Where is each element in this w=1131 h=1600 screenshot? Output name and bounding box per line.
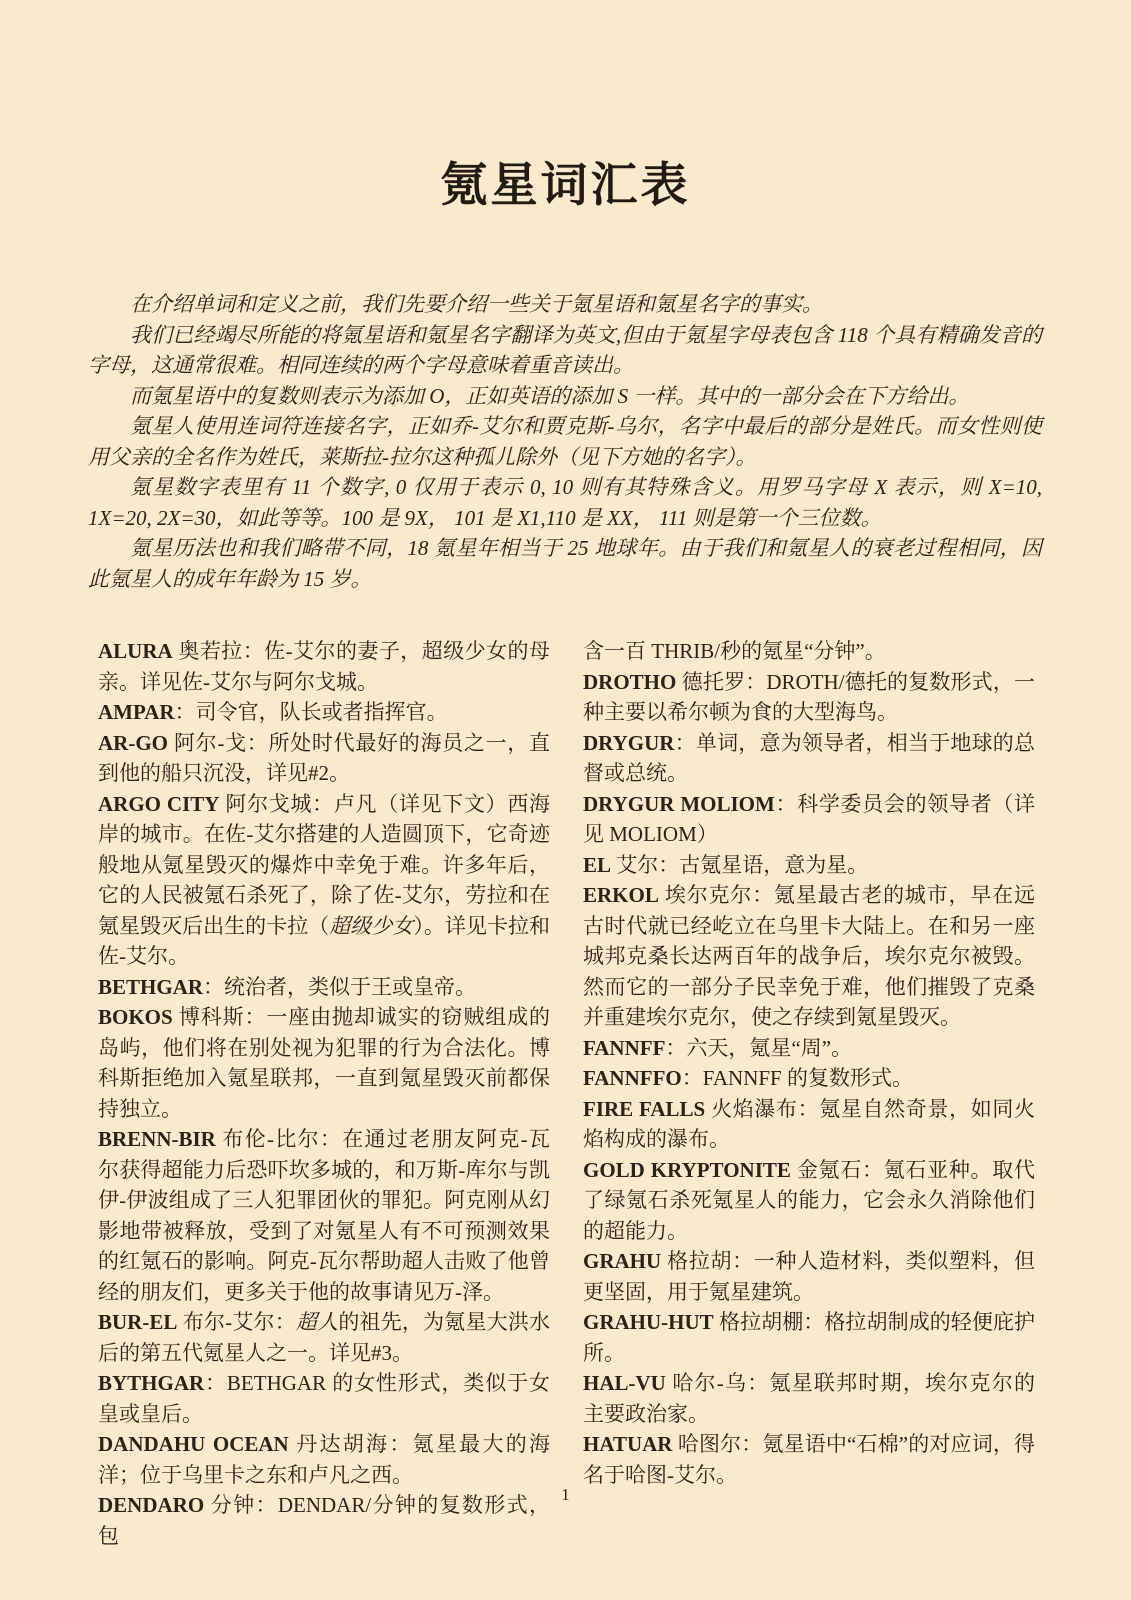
intro-section: 在介绍单词和定义之前，我们先要介绍一些关于氪星语和氪星名字的事实。我们已经竭尽所… [88,289,1042,594]
glossary-entry: BETHGAR：统治者，类似于王或皇帝。 [98,972,550,1003]
definition-text: ：FANNFF 的复数形式。 [682,1066,913,1090]
glossary-term: ARGO CITY [98,792,219,816]
glossary-column-left: ALURA 奥若拉：佐-艾尔的妻子，超级少女的母亲。详见佐-艾尔与阿尔戈城。AM… [98,636,550,1551]
glossary-term: BETHGAR [98,975,203,999]
definition-text: 布尔-艾尔： [177,1310,296,1334]
glossary-entry: DROTHO 德托罗：DROTH/德托的复数形式，一种主要以希尔顿为食的大型海鸟… [583,667,1035,728]
definition-text: ：统治者，类似于王或皇帝。 [203,975,476,999]
definition-text: 含一百 THRIB/秒的氪星“分钟”。 [583,639,886,663]
glossary-term: FANNFFO [583,1066,682,1090]
glossary-entry: FANNFFO：FANNFF 的复数形式。 [583,1063,1035,1094]
glossary-term: FANNFF [583,1036,665,1060]
glossary-entry: DANDAHU OCEAN 丹达胡海：氪星最大的海洋；位于乌里卡之东和卢凡之西。 [98,1429,550,1490]
glossary-term: GRAHU-HUT [583,1310,714,1334]
definition-text: 艾尔：古氪星语，意为星。 [611,853,868,877]
glossary-entry: ERKOL 埃尔克尔：氪星最古老的城市，早在远古时代就已经屹立在乌里卡大陆上。在… [583,880,1035,1033]
glossary-entry: FIRE FALLS 火焰瀑布：氪星自然奇景，如同火焰构成的瀑布。 [583,1094,1035,1155]
glossary-term: BOKOS [98,1005,173,1029]
page-footer: 1 [0,1485,1131,1505]
glossary-section: ALURA 奥若拉：佐-艾尔的妻子，超级少女的母亲。详见佐-艾尔与阿尔戈城。AM… [98,636,1035,1551]
glossary-term: DANDAHU OCEAN [98,1432,289,1456]
glossary-term: AR-GO [98,731,168,755]
glossary-term: DROTHO [583,670,676,694]
glossary-term: ALURA [98,639,173,663]
intro-paragraph-1: 在介绍单词和定义之前，我们先要介绍一些关于氪星语和氪星名字的事实。 [88,289,1042,320]
glossary-entry: AR-GO 阿尔-戈：所处时代最好的海员之一，直到他的船只沉没，详见#2。 [98,728,550,789]
glossary-term: DRYGUR [583,731,674,755]
definition-text: ：司令官，队长或者指挥官。 [175,700,448,724]
intro-paragraph-5: 氪星数字表里有 11 个数字, 0 仅用于表示 0, 10 则有其特殊含义。用罗… [88,472,1042,533]
glossary-entry: BYTHGAR：BETHGAR 的女性形式，类似于女皇或皇后。 [98,1368,550,1429]
intro-paragraph-2: 我们已经竭尽所能的将氪星语和氪星名字翻译为英文,但由于氪星字母表包含 118 个… [88,320,1042,381]
glossary-page: 氪星词汇表 在介绍单词和定义之前，我们先要介绍一些关于氪星语和氪星名字的事实。我… [0,0,1131,1600]
glossary-term: ERKOL [583,883,659,907]
glossary-term: HAL-VU [583,1371,666,1395]
glossary-entry: GRAHU 格拉胡：一种人造材料，类似塑料，但更坚固，用于氪星建筑。 [583,1246,1035,1307]
glossary-entry: FANNFF：六天，氪星“周”。 [583,1033,1035,1064]
glossary-term: FIRE FALLS [583,1097,705,1121]
intro-paragraph-4: 氪星人使用连词符连接名字，正如乔-艾尔和贾克斯-乌尔，名字中最后的部分是姓氏。而… [88,411,1042,472]
glossary-entry: BOKOS 博科斯：一座由抛却诚实的窃贼组成的岛屿，他们将在别处视为犯罪的行为合… [98,1002,550,1124]
glossary-term: HATUAR [583,1432,672,1456]
glossary-term: BYTHGAR [98,1371,204,1395]
glossary-entry: AMPAR：司令官，队长或者指挥官。 [98,697,550,728]
glossary-column-right: 含一百 THRIB/秒的氪星“分钟”。DROTHO 德托罗：DROTH/德托的复… [583,636,1035,1551]
glossary-entry: DRYGUR：单词，意为领导者，相当于地球的总督或总统。 [583,728,1035,789]
glossary-entry: 含一百 THRIB/秒的氪星“分钟”。 [583,636,1035,667]
glossary-entry: GOLD KRYPTONITE 金氪石：氪石亚种。取代了绿氪石杀死氪星人的能力，… [583,1155,1035,1247]
definition-text: ：六天，氪星“周”。 [665,1036,852,1060]
glossary-term: GRAHU [583,1249,661,1273]
glossary-term: EL [583,853,611,877]
glossary-entry: DRYGUR MOLIOM：科学委员会的领导者（详见 MOLIOM） [583,789,1035,850]
glossary-term: GOLD KRYPTONITE [583,1158,791,1182]
glossary-term: BRENN-BIR [98,1127,216,1151]
glossary-term: BUR-EL [98,1310,177,1334]
page-number: 1 [561,1485,570,1504]
glossary-term: DRYGUR MOLIOM [583,792,775,816]
glossary-entry: ALURA 奥若拉：佐-艾尔的妻子，超级少女的母亲。详见佐-艾尔与阿尔戈城。 [98,636,550,697]
page-title: 氪星词汇表 [0,0,1131,215]
glossary-entry: BRENN-BIR 布伦-比尔：在通过老朋友阿克-瓦尔获得超能力后恐吓坎多城的，… [98,1124,550,1307]
glossary-entry: HATUAR 哈图尔：氪星语中“石棉”的对应词，得名于哈图-艾尔。 [583,1429,1035,1490]
italic-text: 超人 [296,1310,338,1334]
glossary-entry: GRAHU-HUT 格拉胡棚：格拉胡制成的轻便庇护所。 [583,1307,1035,1368]
definition-text: 布伦-比尔：在通过老朋友阿克-瓦尔获得超能力后恐吓坎多城的，和万斯-库尔与凯伊-… [98,1127,550,1304]
intro-paragraph-6: 氪星历法也和我们略带不同，18 氪星年相当于 25 地球年。由于我们和氪星人的衰… [88,533,1042,594]
glossary-entry: EL 艾尔：古氪星语，意为星。 [583,850,1035,881]
italic-text: 超级少女 [329,914,413,938]
intro-paragraph-3: 而氪星语中的复数则表示为添加 O，正如英语的添加 S 一样。其中的一部分会在下方… [88,381,1042,412]
glossary-entry: HAL-VU 哈尔-乌：氪星联邦时期，埃尔克尔的主要政治家。 [583,1368,1035,1429]
glossary-entry: BUR-EL 布尔-艾尔：超人的祖先，为氪星大洪水后的第五代氪星人之一。详见#3… [98,1307,550,1368]
glossary-term: AMPAR [98,700,175,724]
glossary-entry: ARGO CITY 阿尔戈城：卢凡（详见下文）西海岸的城市。在佐-艾尔搭建的人造… [98,789,550,972]
